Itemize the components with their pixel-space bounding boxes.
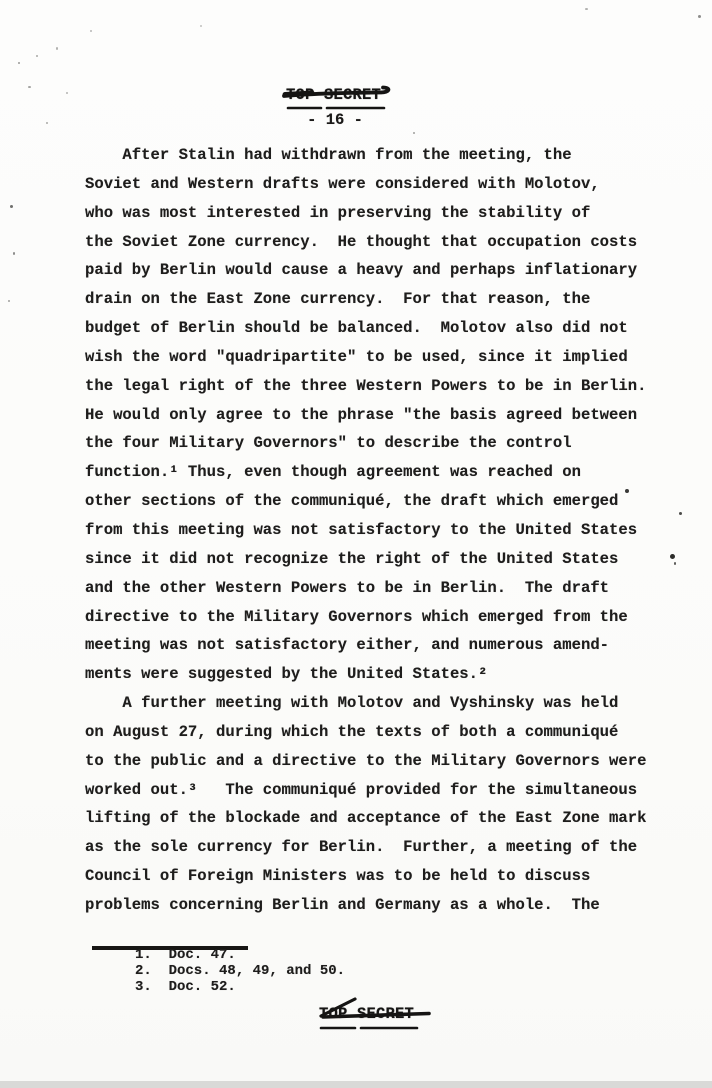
- classification-stamp-bottom: TOP SECRET: [319, 1005, 414, 1023]
- scan-artifact-band: [0, 1081, 712, 1088]
- footnotes: 1. Doc. 47. 2. Docs. 48, 49, and 50. 3. …: [135, 947, 345, 995]
- scan-speck: [698, 15, 701, 18]
- document-body: After Stalin had withdrawn from the meet…: [85, 141, 646, 920]
- scan-speck: [46, 122, 48, 124]
- footnote-1: 1. Doc. 47.: [135, 947, 345, 963]
- scan-speck: [8, 300, 10, 302]
- document-page: TOP SECRET - 16 - After Stalin had withd…: [0, 0, 712, 1088]
- footnote-3: 3. Doc. 52.: [135, 979, 345, 995]
- scan-speck: [56, 47, 58, 50]
- classification-stamp-top-label: TOP SECRET: [286, 86, 381, 104]
- scan-speck: [200, 25, 202, 27]
- scan-speck: [674, 562, 676, 565]
- scan-speck: [36, 55, 38, 57]
- scan-speck: [10, 205, 13, 208]
- body-paragraph-2: A further meeting with Molotov and Vyshi…: [85, 689, 646, 920]
- footnote-2: 2. Docs. 48, 49, and 50.: [135, 963, 345, 979]
- scan-speck: [413, 132, 415, 134]
- scan-speck: [670, 554, 675, 559]
- scan-speck: [90, 30, 92, 32]
- scan-speck: [18, 62, 20, 64]
- classification-stamp-top: TOP SECRET: [286, 86, 381, 104]
- page-number: - 16 -: [280, 111, 390, 129]
- scan-speck: [679, 512, 682, 515]
- scan-speck: [66, 92, 68, 94]
- scan-speck: [13, 252, 15, 255]
- body-paragraph-1: After Stalin had withdrawn from the meet…: [85, 141, 646, 689]
- scan-speck: [585, 8, 588, 10]
- classification-stamp-bottom-label: TOP SECRET: [319, 1005, 414, 1023]
- scan-speck: [28, 86, 31, 88]
